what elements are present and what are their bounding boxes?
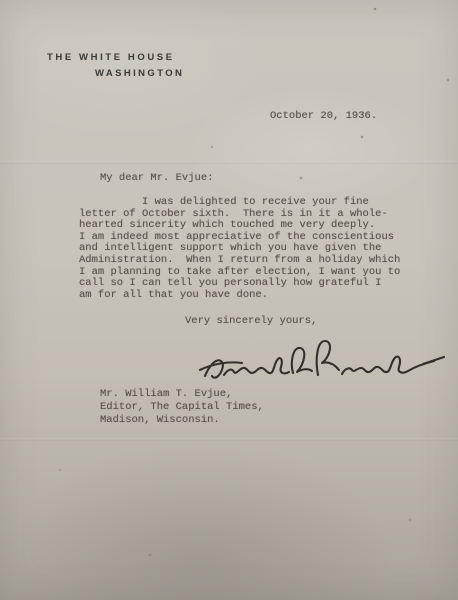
letterhead-white-house: THE WHITE HOUSE: [47, 52, 175, 63]
paper-fold-line-bottom: [0, 438, 458, 441]
closing-line: Very sincerely yours,: [185, 315, 317, 327]
salutation: My dear Mr. Evjue:: [100, 172, 213, 184]
body-paragraph: I was delighted to receive your fine let…: [79, 197, 400, 301]
recipient-block: Mr. William T. Evjue, Editor, The Capita…: [100, 388, 264, 427]
recipient-name: Mr. William T. Evjue,: [100, 388, 264, 401]
paper-fold-line-top: [0, 161, 458, 164]
body-line: Administration. When I return from a hol…: [79, 255, 400, 267]
letterhead-washington: WASHINGTON: [95, 68, 184, 79]
body-line: am for all that you have done.: [79, 290, 400, 302]
fdr-signature: [198, 330, 448, 392]
body-line: call so I can tell you personally how gr…: [79, 278, 400, 290]
recipient-city: Madison, Wisconsin.: [100, 414, 264, 427]
recipient-title: Editor, The Capital Times,: [100, 401, 264, 414]
fdr-signature-svg: [198, 330, 448, 392]
body-line: I was delighted to receive your fine: [79, 197, 400, 209]
letter-page: THE WHITE HOUSE WASHINGTON October 20, 1…: [0, 0, 458, 600]
date-line: October 20, 1936.: [270, 110, 377, 122]
